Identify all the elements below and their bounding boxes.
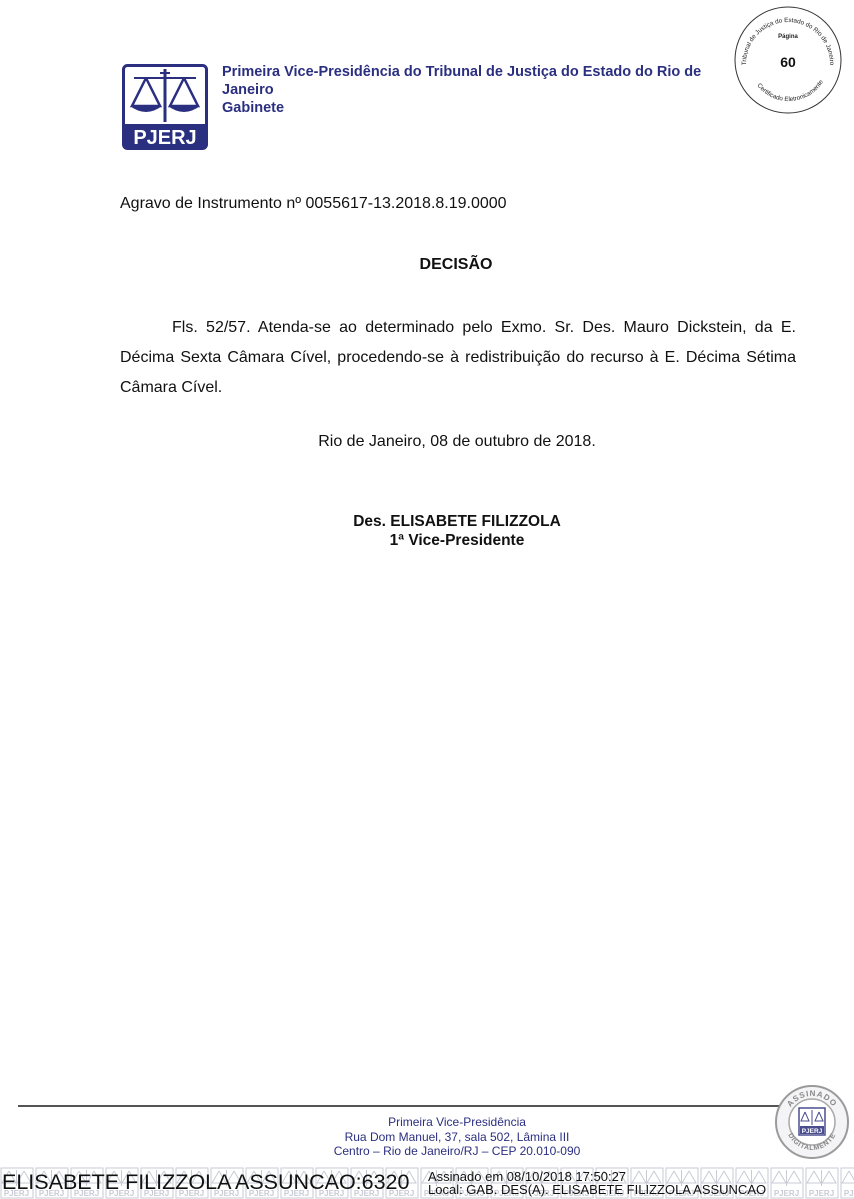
- svg-text:PJERJ: PJERJ: [774, 1189, 799, 1198]
- stamp-page-number: 60: [732, 54, 844, 70]
- svg-text:PJERJ: PJERJ: [809, 1189, 834, 1198]
- header-line-2: Janeiro: [222, 81, 762, 99]
- footer-address-line: Primeira Vice-Presidência: [230, 1115, 684, 1130]
- footer-address-line: Rua Dom Manuel, 37, sala 502, Lâmina III: [230, 1130, 684, 1145]
- stamp-arc-bottom: Certificado Eletronicamente: [755, 78, 825, 103]
- svg-text:Certificado Eletronicamente: Certificado Eletronicamente: [755, 78, 825, 103]
- digital-signature-seal-icon: ASSINADO DIGITALMENTE PJERJ: [774, 1084, 850, 1160]
- footer-address: Primeira Vice-Presidência Rua Dom Manuel…: [230, 1115, 684, 1159]
- signature-signer-id: ELISABETE FILIZZOLA ASSUNCAO:6320: [2, 1170, 409, 1195]
- process-number: Agravo de Instrumento nº 0055617-13.2018…: [120, 195, 507, 213]
- header-title: Primeira Vice-Presidência do Tribunal de…: [222, 63, 762, 117]
- svg-text:PJERJ: PJERJ: [133, 127, 196, 149]
- pjerj-logo: PJERJ: [122, 64, 208, 150]
- decision-paragraph: Fls. 52/57. Atenda-se ao determinado pel…: [120, 313, 796, 403]
- svg-text:PJERJ: PJERJ: [844, 1189, 854, 1198]
- signer-name: Des. ELISABETE FILIZZOLA: [0, 513, 854, 531]
- footer-address-line: Centro – Rio de Janeiro/RJ – CEP 20.010-…: [230, 1144, 684, 1159]
- document-title: DECISÃO: [0, 256, 854, 274]
- header-line-1: Primeira Vice-Presidência do Tribunal de…: [222, 63, 762, 81]
- signature-metadata: Assinado em 08/10/2018 17:50:27 Local: G…: [428, 1170, 766, 1196]
- header-line-3: Gabinete: [222, 99, 762, 117]
- stamp-page-label: Página: [732, 34, 844, 40]
- signer-role: 1ª Vice-Presidente: [0, 532, 854, 550]
- footer-divider: [18, 1105, 782, 1107]
- signature-location: Local: GAB. DES(A). ELISABETE FILIZZOLA …: [428, 1183, 766, 1196]
- date-line: Rio de Janeiro, 08 de outubro de 2018.: [0, 433, 854, 451]
- svg-text:PJERJ: PJERJ: [802, 1128, 823, 1135]
